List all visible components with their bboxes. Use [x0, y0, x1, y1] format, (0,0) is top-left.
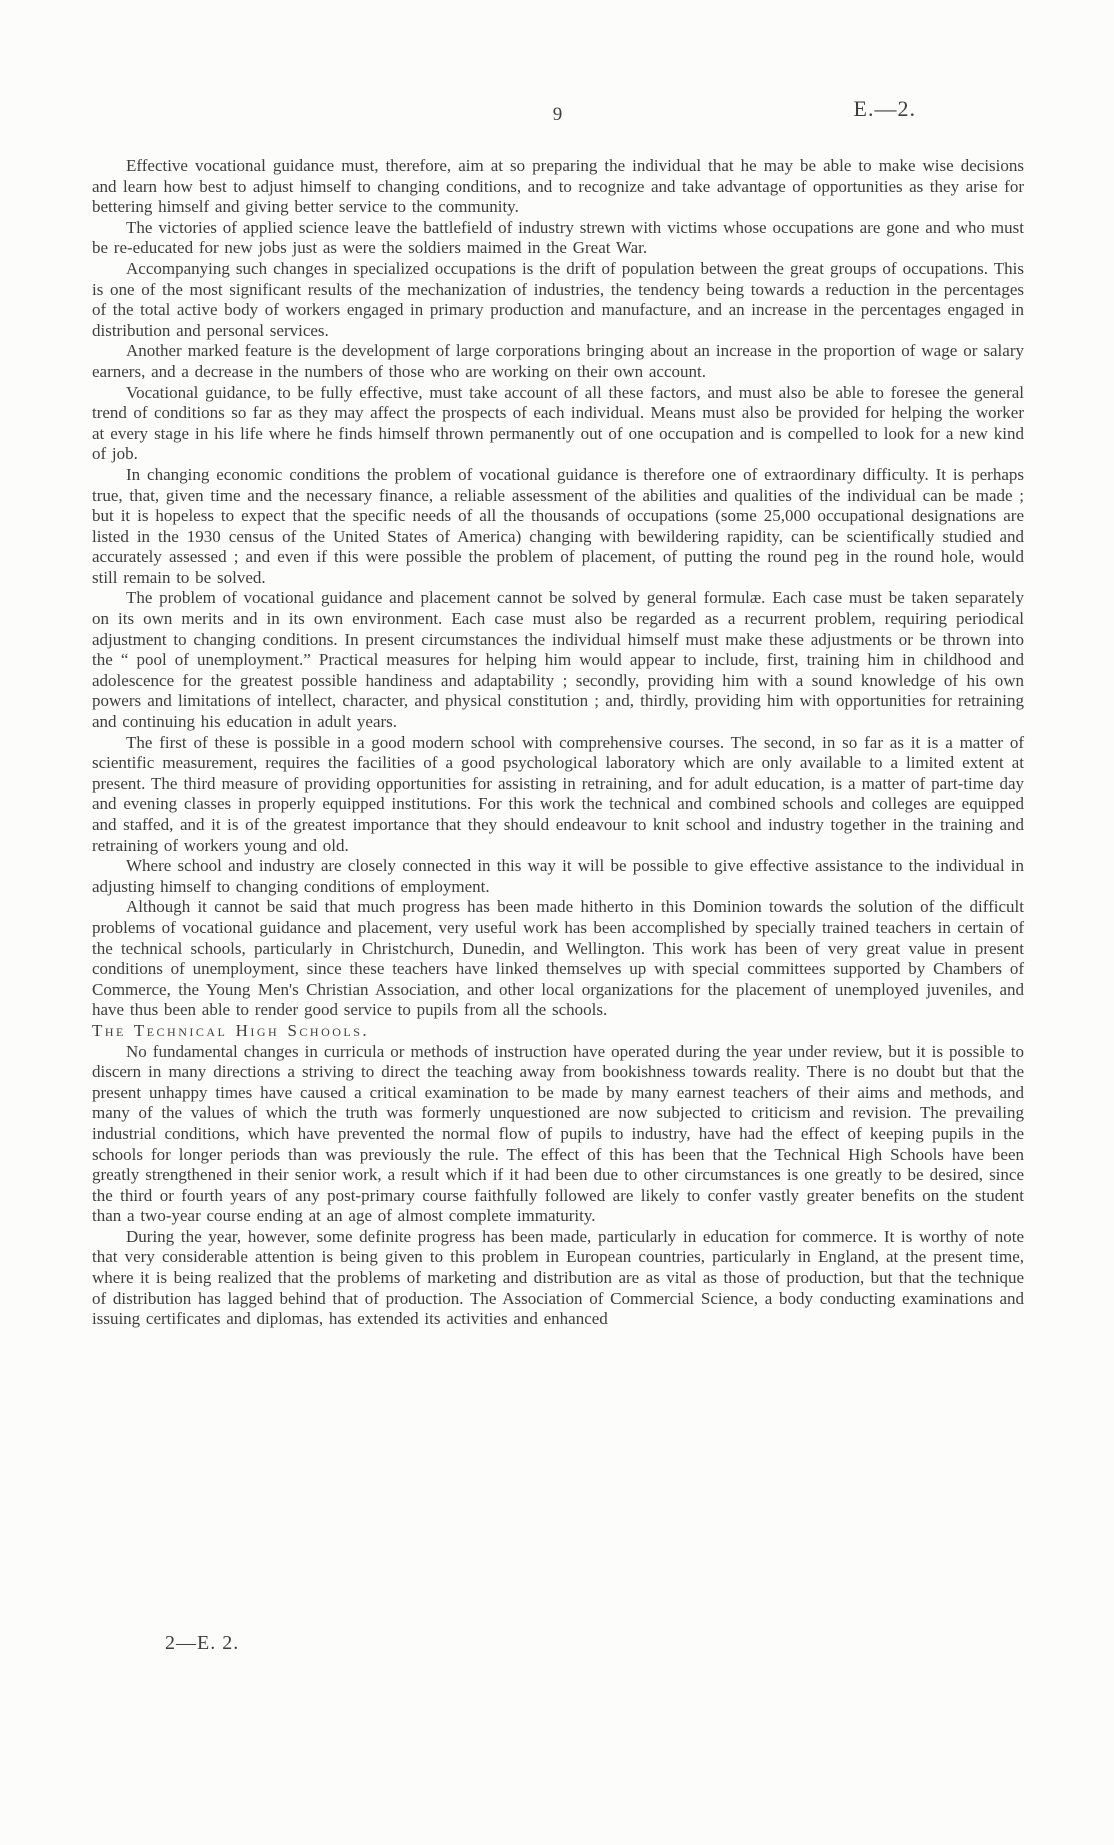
edition-label: E.—2.: [854, 96, 916, 122]
page-footer-signature: 2—E. 2.: [165, 1632, 239, 1655]
paragraph: The first of these is possible in a good…: [92, 733, 1024, 857]
paragraph: In changing economic conditions the prob…: [92, 465, 1024, 589]
paragraph: Although it cannot be said that much pro…: [92, 897, 1024, 1021]
page-content: 9 E.—2. Effective vocational guidance mu…: [92, 104, 1024, 1330]
paragraph: During the year, however, some definite …: [92, 1227, 1024, 1330]
paragraph: Accompanying such changes in specialized…: [92, 259, 1024, 341]
paragraph: The problem of vocational guidance and p…: [92, 588, 1024, 732]
page-header: 9 E.—2.: [92, 104, 1024, 132]
paragraph: Another marked feature is the developmen…: [92, 341, 1024, 382]
document-page: 9 E.—2. Effective vocational guidance mu…: [0, 0, 1114, 1845]
paragraph: No fundamental changes in curricula or m…: [92, 1042, 1024, 1227]
paragraph: The victories of applied science leave t…: [92, 218, 1024, 259]
section-heading: The Technical High Schools.: [92, 1021, 1024, 1042]
body-text: Effective vocational guidance must, ther…: [92, 156, 1024, 1330]
paragraph: Where school and industry are closely co…: [92, 856, 1024, 897]
paragraph: Vocational guidance, to be fully effecti…: [92, 383, 1024, 465]
paragraph: Effective vocational guidance must, ther…: [92, 156, 1024, 218]
